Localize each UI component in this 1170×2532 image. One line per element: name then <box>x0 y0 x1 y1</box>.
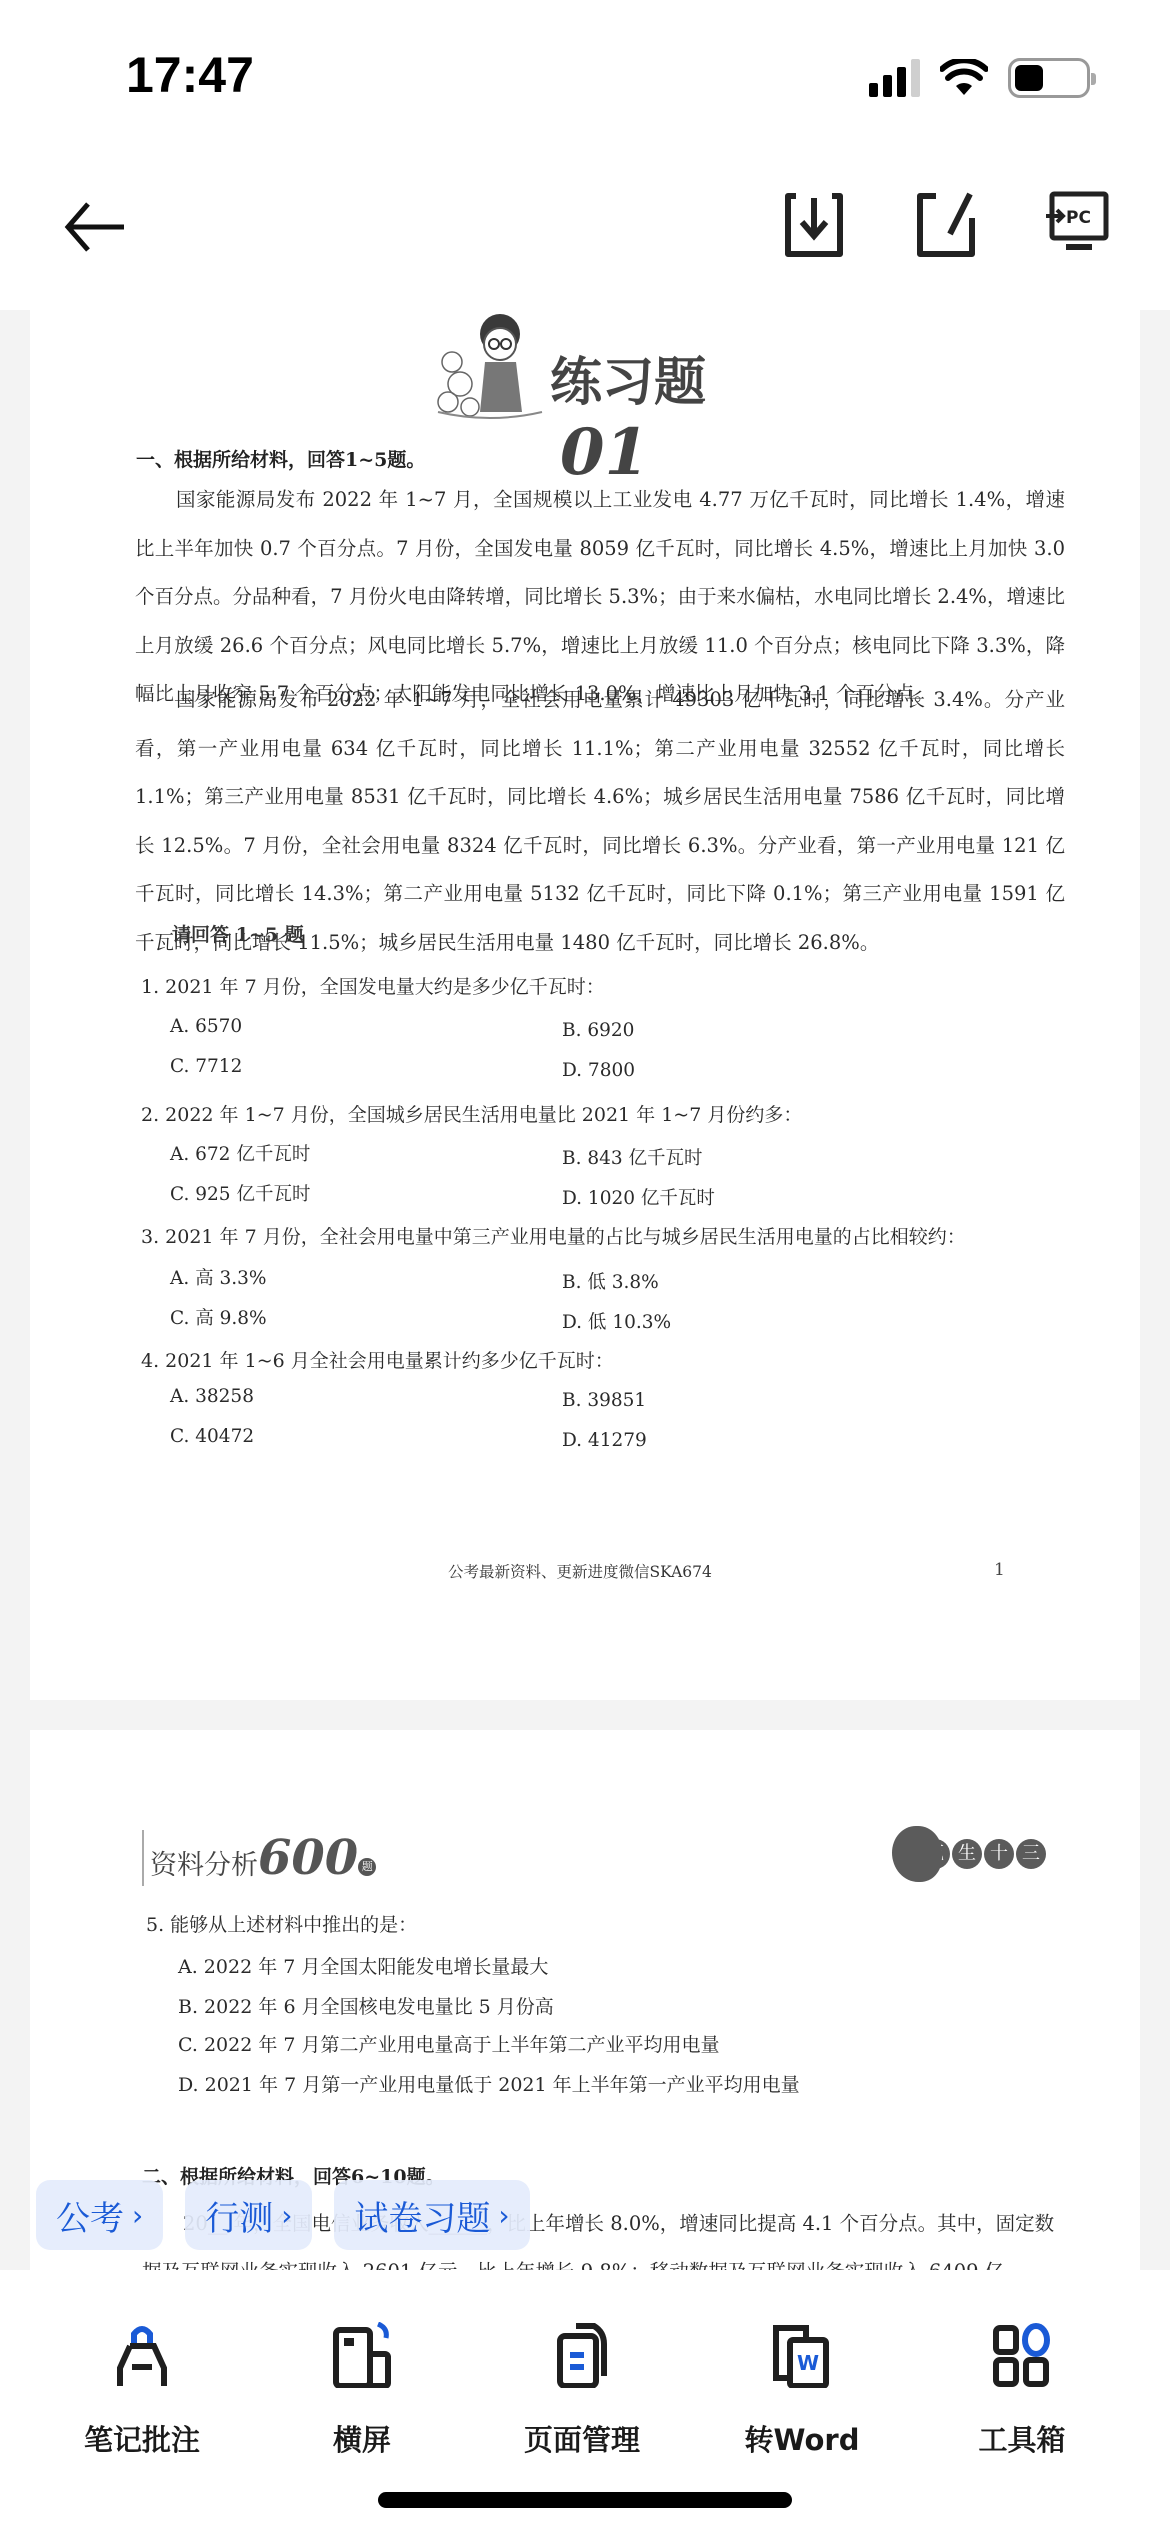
breadcrumb-gongkao[interactable]: 公考› <box>36 2180 163 2250</box>
option: D. 低 10.3% <box>562 1308 671 1334</box>
option: C. 925 亿千瓦时 <box>170 1180 310 1206</box>
option: A. 6570 <box>170 1016 242 1037</box>
option: C. 高 9.8% <box>170 1304 267 1330</box>
share-button[interactable] <box>914 190 978 260</box>
category-breadcrumbs: 公考› 行测› 试卷习题› <box>36 2180 530 2250</box>
option: A. 672 亿千瓦时 <box>170 1140 310 1166</box>
option: B. 6920 <box>562 1020 634 1041</box>
notes-annotate-button[interactable]: 笔记批注 <box>52 2322 232 2459</box>
exercise-banner: 练习题01 <box>400 312 780 427</box>
toolbox-button[interactable]: 工具箱 <box>932 2322 1112 2459</box>
convert-word-button[interactable]: W 转Word <box>712 2322 892 2459</box>
footer-note: 公考最新资料、更新进度微信SKA674 <box>448 1560 712 1582</box>
back-button[interactable] <box>58 192 128 262</box>
option: A. 高 3.3% <box>170 1264 267 1290</box>
questions-prompt: 请回答 1~5 题 <box>172 920 304 947</box>
breadcrumb-exam-exercises[interactable]: 试卷习题› <box>334 2180 529 2250</box>
battery-icon <box>1008 58 1090 98</box>
option: D. 41279 <box>562 1430 647 1451</box>
book-header: 资料分析600题 <box>142 1830 376 1886</box>
status-time: 17:47 <box>126 46 254 104</box>
cartoon-illustration <box>430 312 550 427</box>
option: B. 低 3.8% <box>562 1268 659 1294</box>
download-icon <box>782 190 846 260</box>
page-number: 1 <box>994 1560 1005 1580</box>
convert-word-icon: W <box>770 2322 834 2388</box>
wifi-icon <box>940 59 988 97</box>
option: D. 7800 <box>562 1060 635 1081</box>
option: A. 2022 年 7 月全国太阳能发电增长量最大 <box>178 1952 548 1979</box>
section-heading: 一、根据所给材料，回答1~5题。 <box>136 445 425 472</box>
arrow-left-icon <box>58 192 128 262</box>
status-bar: 17:47 <box>0 0 1170 150</box>
option: D. 2021 年 7 月第一产业用电量低于 2021 年上半年第一产业平均用电… <box>178 2070 800 2097</box>
question-stem: 2. 2022 年 1~7 月份，全国城乡居民生活用电量比 2021 年 1~7… <box>141 1100 802 1127</box>
option: B. 2022 年 6 月全国核电发电量比 5 月份高 <box>178 1992 554 2019</box>
page-manage-icon <box>550 2322 614 2388</box>
breadcrumb-xingce[interactable]: 行测› <box>185 2180 312 2250</box>
rotate-landscape-icon <box>330 2322 394 2388</box>
document-page-1: 练习题01 一、根据所给材料，回答1~5题。 国家能源局发布 2022 年 1~… <box>30 310 1140 1700</box>
page-management-button[interactable]: 页面管理 <box>492 2322 672 2459</box>
chevron-right-icon: › <box>281 2199 292 2232</box>
option: D. 1020 亿千瓦时 <box>562 1184 715 1210</box>
send-to-pc-icon: PC <box>1046 190 1110 260</box>
landscape-button[interactable]: 横屏 <box>272 2322 452 2459</box>
share-icon <box>914 190 978 260</box>
option: C. 40472 <box>170 1426 254 1447</box>
home-indicator[interactable] <box>378 2492 792 2508</box>
question-stem: 4. 2021 年 1~6 月全社会用电量累计约多少亿千瓦时： <box>141 1346 614 1373</box>
toolbox-icon <box>990 2322 1054 2388</box>
download-button[interactable] <box>782 190 846 260</box>
question-stem: 3. 2021 年 7 月份，全社会用电量中第三产业用电量的占比与城乡居民生活用… <box>141 1222 966 1249</box>
option: C. 7712 <box>170 1056 242 1077</box>
svg-text:PC: PC <box>1066 208 1091 228</box>
cellular-signal-icon <box>869 59 920 97</box>
option: A. 38258 <box>170 1386 254 1407</box>
brand-logo: 花生十三 <box>892 1828 1046 1880</box>
document-reader[interactable]: 练习题01 一、根据所给材料，回答1~5题。 国家能源局发布 2022 年 1~… <box>0 310 1170 2270</box>
chevron-right-icon: › <box>498 2199 509 2232</box>
status-icons <box>869 58 1090 98</box>
highlighter-icon <box>110 2322 174 2388</box>
question-stem: 1. 2021 年 7 月份，全国发电量大约是多少亿千瓦时： <box>141 972 605 999</box>
svg-text:W: W <box>797 2351 819 2375</box>
option: B. 843 亿千瓦时 <box>562 1144 703 1170</box>
nav-bar: PC <box>0 150 1170 310</box>
option: C. 2022 年 7 月第二产业用电量高于上半年第二产业平均用电量 <box>178 2030 720 2057</box>
peanut-icon <box>892 1826 942 1882</box>
chevron-right-icon: › <box>132 2199 143 2232</box>
exercise-title: 练习题01 <box>550 340 780 490</box>
question-stem: 5. 能够从上述材料中推出的是： <box>146 1910 417 1937</box>
nav-actions: PC <box>782 190 1110 260</box>
option: B. 39851 <box>562 1390 646 1411</box>
send-to-pc-button[interactable]: PC <box>1046 190 1110 260</box>
